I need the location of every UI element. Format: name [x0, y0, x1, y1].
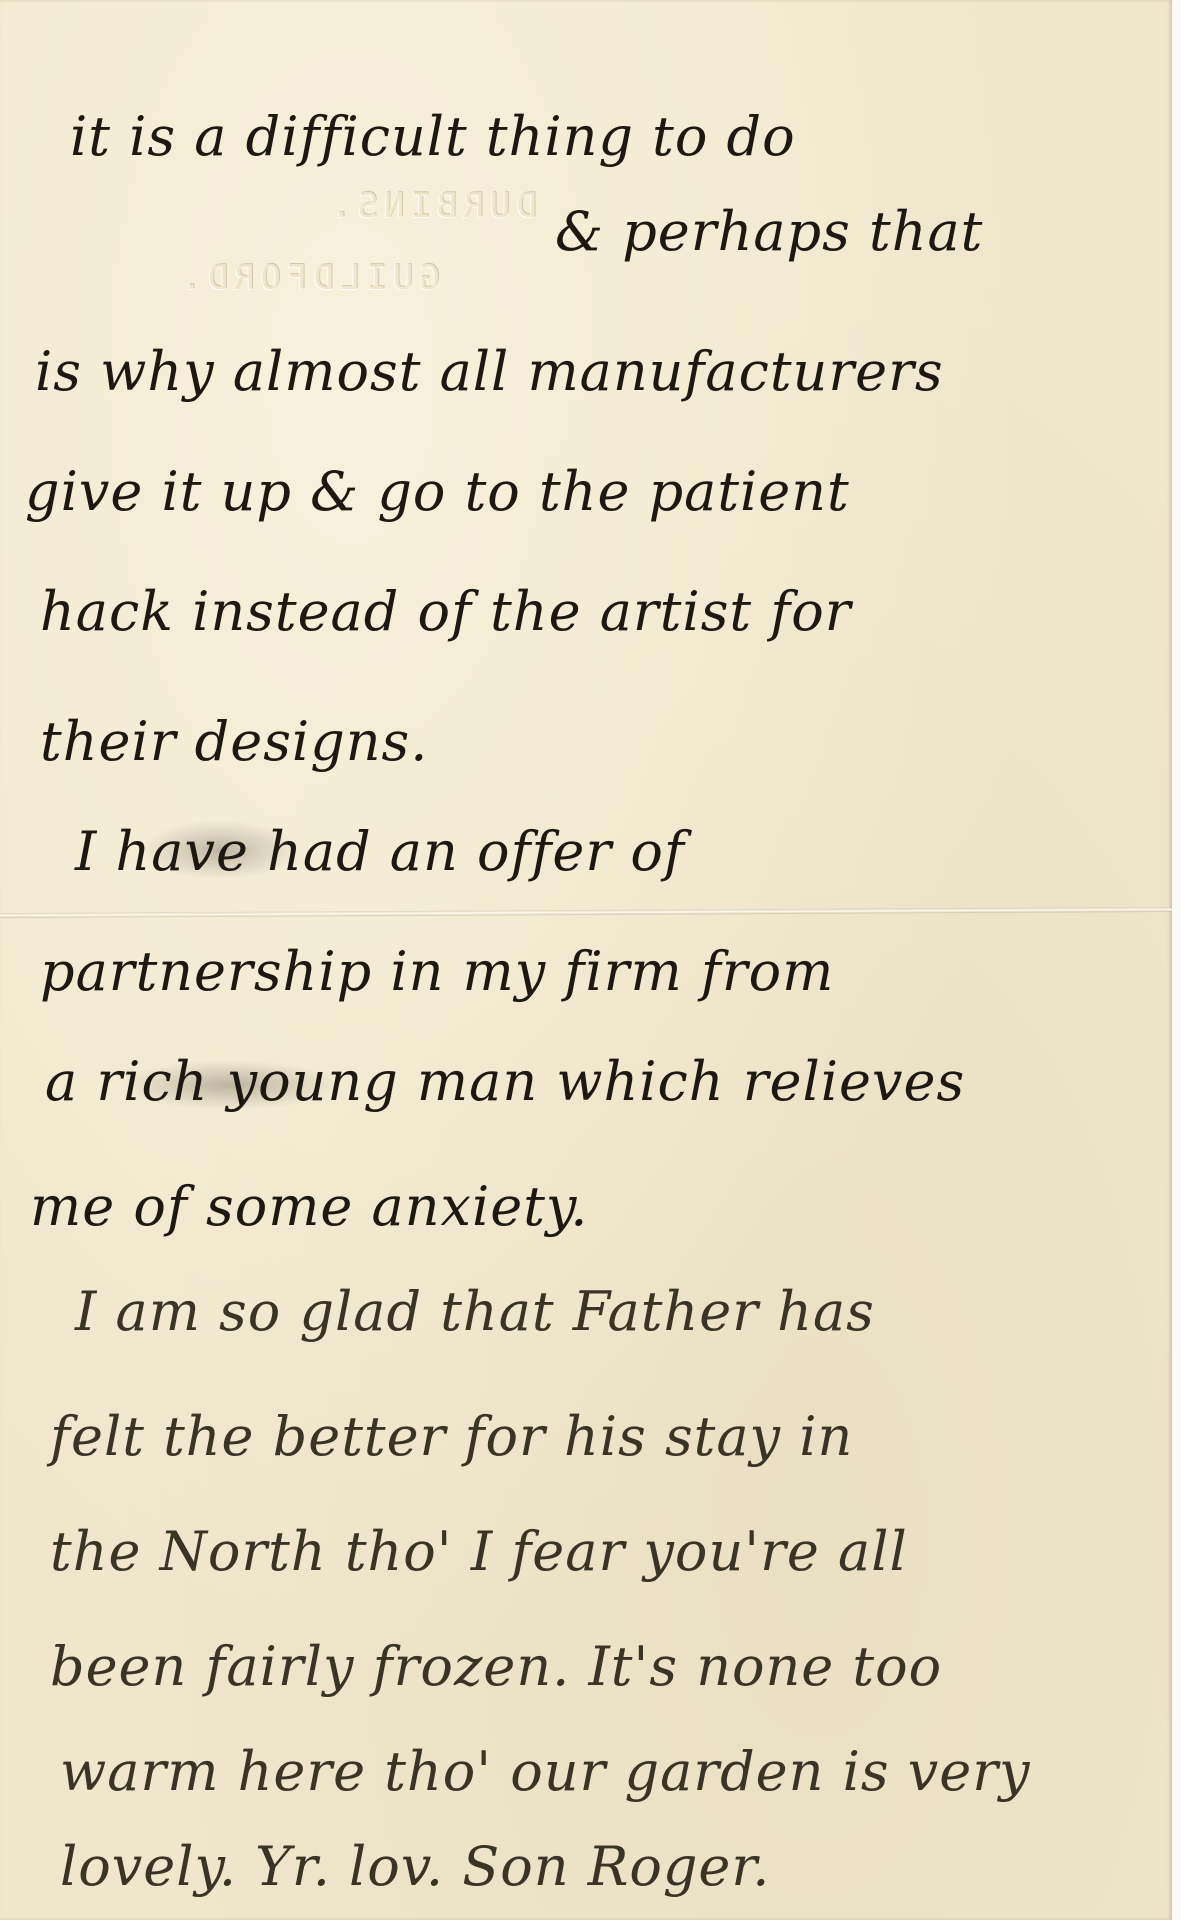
letter-line: warm here tho' our garden is very	[60, 1745, 1031, 1799]
letter-line-signature: lovely. Yr. lov. Son Roger.	[60, 1840, 770, 1894]
letter-line: I am so glad that Father has	[75, 1285, 875, 1339]
letter-line: their designs.	[40, 715, 428, 769]
letter-page: DURBINS. GUILDFORD. it is a difficult th…	[0, 0, 1172, 1920]
letter-line: I have had an offer of	[75, 825, 685, 879]
letter-line: partnership in my firm from	[40, 945, 834, 999]
letter-line: & perhaps that	[555, 205, 983, 259]
letter-line: give it up & go to the patient	[25, 465, 850, 519]
letter-line: hack instead of the artist for	[40, 585, 852, 639]
fold-crease	[0, 907, 1172, 918]
letterhead-emboss-line1: DURBINS.	[325, 186, 537, 226]
letter-line: is why almost all manufacturers	[35, 345, 944, 399]
letter-line: the North tho' I fear you're all	[50, 1525, 908, 1579]
letter-line: it is a difficult thing to do	[70, 110, 796, 164]
scan-border	[1172, 0, 1181, 1920]
letter-line: me of some anxiety.	[30, 1180, 588, 1234]
letterhead-emboss-line2: GUILDFORD.	[175, 258, 440, 298]
letter-line: felt the better for his stay in	[50, 1410, 853, 1464]
letter-line: a rich young man which relieves	[45, 1055, 965, 1109]
letter-line: been fairly frozen. It's none too	[50, 1640, 942, 1694]
